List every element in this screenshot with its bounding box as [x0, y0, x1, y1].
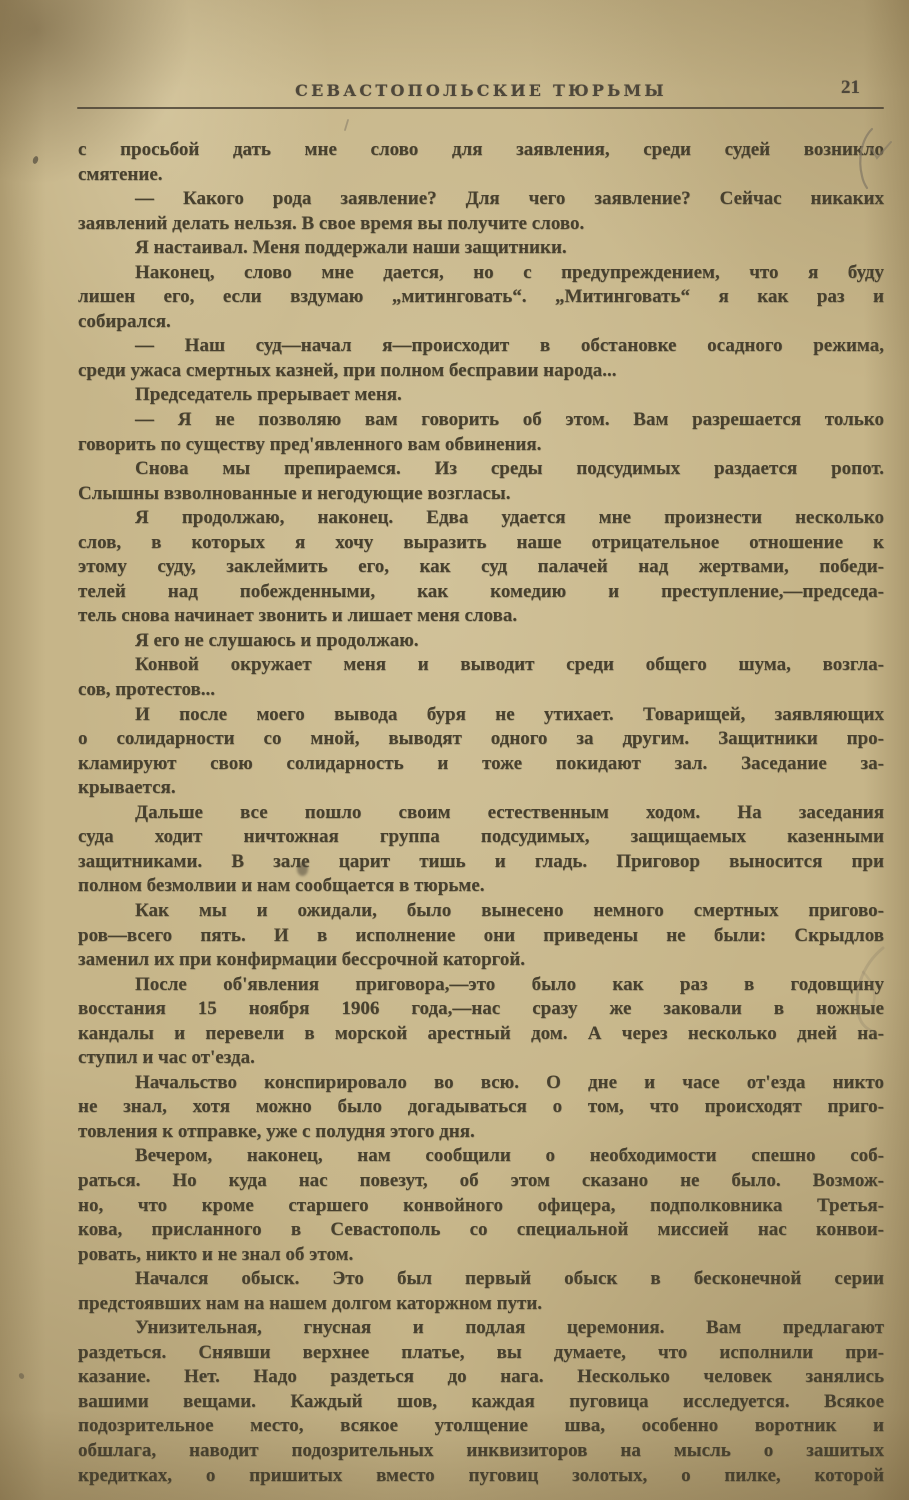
- text-line: Снова мы препираемся. Из среды подсудимы…: [78, 458, 884, 483]
- text-line: ровать, никто и не знал об этом.: [78, 1244, 884, 1269]
- text-line: Наконец, слово мне дается, но с предупре…: [78, 262, 884, 287]
- text-line: Председатель прерывает меня.: [78, 384, 884, 409]
- text-line: кандалы и перевели в морской арестный до…: [78, 1023, 884, 1048]
- text-line: Как мы и ожидали, было вынесено немного …: [78, 900, 884, 925]
- text-line: предстоявших нам на нашем долгом каторжн…: [78, 1293, 884, 1318]
- scanned-book-page: СЕВАСТОПОЛЬСКИЕ ТЮРЬМЫ 21 с просьбой дат…: [0, 0, 909, 1500]
- text-line: товления к отправке, уже с полудня этого…: [78, 1121, 884, 1146]
- pencil-tick-mark: [342, 118, 352, 132]
- text-line: о солидарности со мной, выводят одного з…: [78, 728, 884, 753]
- text-line: Я его не слушаюсь и продолжаю.: [78, 630, 884, 655]
- text-line: — Я не позволяю вам говорить об этом. Ва…: [78, 409, 884, 434]
- text-line: Конвой окружает меня и выводит среди общ…: [78, 654, 884, 679]
- text-line: с просьбой дать мне слово для заявления,…: [78, 139, 884, 164]
- text-line: кредитках, о пришитых вместо пуговиц зол…: [78, 1465, 884, 1490]
- text-line: раться. Но куда нас повезут, об этом ска…: [78, 1170, 884, 1195]
- pencil-squiggle-mark: [843, 942, 893, 1038]
- text-line: заменил их при конфирмации бессрочной ка…: [78, 949, 884, 974]
- text-line: слов, в которых я хочу выразить наше отр…: [78, 532, 884, 557]
- text-line: — Наш суд—начал я—происходит в обстановк…: [78, 335, 884, 360]
- text-line: — Какого рода заявление? Для чего заявле…: [78, 188, 884, 213]
- text-line: раздеться. Снявши верхнее платье, вы дум…: [78, 1342, 884, 1367]
- text-line: И после моего вывода буря не утихает. То…: [78, 704, 884, 729]
- text-line: казание. Нет. Надо раздеться до нага. Не…: [78, 1366, 884, 1391]
- text-line: этому суду, заклеймить его, как суд пала…: [78, 556, 884, 581]
- text-line: Начальство конспирировало во всю. О дне …: [78, 1072, 884, 1097]
- text-line: ров—всего пять. И в исполнение они приве…: [78, 925, 884, 950]
- text-line: сов, протестов...: [78, 679, 884, 704]
- text-line: защитниками. В зале царит тишь и гладь. …: [78, 851, 884, 876]
- text-line: смятение.: [78, 164, 884, 189]
- text-line: среди ужаса смертных казней, при полном …: [78, 360, 884, 385]
- text-line: ступил и час от'езда.: [78, 1047, 884, 1072]
- text-line: лишен его, если вздумаю „митинговать“. „…: [78, 286, 884, 311]
- text-line: Дальше все пошло своим естественным ходо…: [78, 802, 884, 827]
- page-body: с просьбой дать мне слово для заявления,…: [78, 139, 884, 1489]
- text-line: суда ходит ничтожная группа подсудимых, …: [78, 826, 884, 851]
- text-line: тель снова начинает звонить и лишает мен…: [78, 605, 884, 630]
- text-line: После об'явления приговора,—это было как…: [78, 974, 884, 999]
- text-line: заявлений делать нельзя. В свое время вы…: [78, 213, 884, 238]
- text-line: кова, присланного в Севастополь со специ…: [78, 1219, 884, 1244]
- text-line: крывается.: [78, 777, 884, 802]
- text-line: кламируют свою солидарность и тоже покид…: [78, 753, 884, 778]
- text-line: собирался.: [78, 311, 884, 336]
- text-line: Унизительная, гнусная и подлая церемония…: [78, 1317, 884, 1342]
- text-line: подозрительное место, всякое утолщение ш…: [78, 1415, 884, 1440]
- text-line: обшлага, наводит подозрительных инквизит…: [78, 1440, 884, 1465]
- text-line: но, что кроме старшего конвойного офицер…: [78, 1195, 884, 1220]
- text-line: вашими вещами. Каждый шов, каждая пугови…: [78, 1391, 884, 1416]
- text-line: Слышны взволнованные и негодующие возгла…: [78, 483, 884, 508]
- running-header: СЕВАСТОПОЛЬСКИЕ ТЮРЬМЫ: [78, 81, 884, 105]
- page-number: 21: [841, 77, 860, 99]
- text-line: Начался обыск. Это был первый обыск в бе…: [78, 1268, 884, 1293]
- text-line: Я настаивал. Меня поддержали наши защитн…: [78, 237, 884, 262]
- ink-speck: [18, 1372, 25, 1380]
- text-line: не знал, хотя можно было догадываться о …: [78, 1096, 884, 1121]
- text-line: Я продолжаю, наконец. Едва удается мне п…: [78, 507, 884, 532]
- ink-smudge: [297, 862, 308, 876]
- text-line: телей над побежденными, как комедию и пр…: [78, 581, 884, 606]
- pencil-check-mark: [869, 140, 895, 162]
- ink-speck: [32, 155, 39, 164]
- text-line: полном безмолвии и нам сообщается в тюрь…: [78, 875, 884, 900]
- text-line: говорить по существу пред'явленного вам …: [78, 434, 884, 459]
- text-line: Вечером, наконец, нам сообщили о необход…: [78, 1145, 884, 1170]
- header-rule: [77, 107, 884, 109]
- text-line: восстания 15 ноября 1906 года,—нас сразу…: [78, 998, 884, 1023]
- page-title: СЕВАСТОПОЛЬСКИЕ ТЮРЬМЫ: [295, 81, 667, 100]
